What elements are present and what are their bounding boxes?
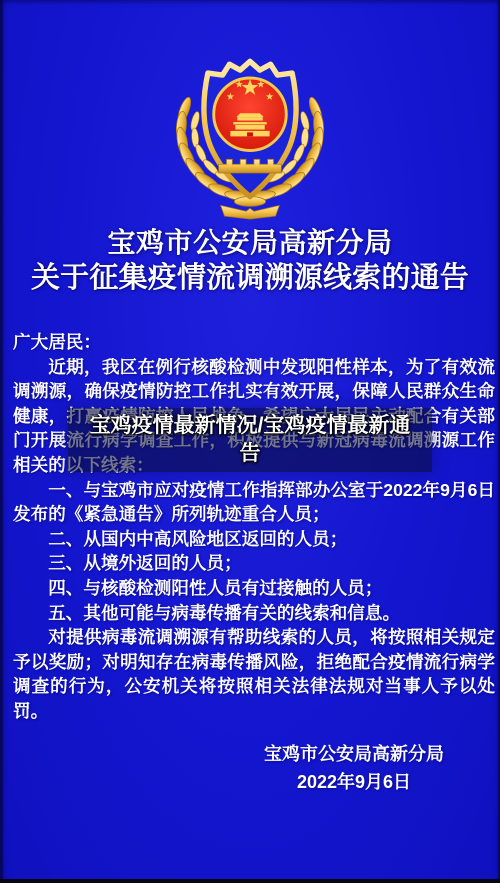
signature-block: 宝鸡市公安局高新分局 2022年9月6日 <box>264 740 444 796</box>
bottom-edge-strip <box>0 879 500 883</box>
signature-org: 宝鸡市公安局高新分局 <box>264 740 444 768</box>
clue-item-4: 四、与核酸检测阳性人员有过接触的人员； <box>13 576 495 601</box>
signature-date: 2022年9月6日 <box>264 768 444 796</box>
police-badge-icon <box>152 28 348 224</box>
org-title: 宝鸡市公安局高新分局 <box>0 226 500 260</box>
caption-text: 宝鸡疫情最新情况/宝鸡疫情最新通告 <box>80 412 420 468</box>
notice-body: 广大居民： 近期，我区在例行核酸检测中发现阳性样本，为了有效流调溯源，确保疫情防… <box>13 330 495 724</box>
reward-penalty-paragraph: 对提供病毒流调溯源有帮助线索的人员，将按照相关规定予以奖励；对明知存在病毒传播风… <box>13 625 495 723</box>
header-titles: 宝鸡市公安局高新分局 关于征集疫情流调溯源线索的通告 <box>0 226 500 296</box>
notice-title: 关于征集疫情流调溯源线索的通告 <box>0 260 500 296</box>
caption-overlay: 宝鸡疫情最新情况/宝鸡疫情最新通告 <box>68 408 432 472</box>
clue-item-5: 五、其他可能与病毒传播有关的线索和信息。 <box>13 601 495 626</box>
clue-item-3: 三、从境外返回的人员； <box>13 551 495 576</box>
left-edge-shade <box>0 0 3 883</box>
clue-item-2: 二、从国内中高风险地区返回的人员； <box>13 527 495 552</box>
clue-item-1: 一、与宝鸡市应对疫情工作指挥部办公室于2022年9月6日发布的《紧急通告》所列轨… <box>13 478 495 527</box>
salutation: 广大居民： <box>13 330 495 355</box>
notice-page: 宝鸡市公安局高新分局 关于征集疫情流调溯源线索的通告 广大居民： 近期，我区在例… <box>0 0 500 883</box>
